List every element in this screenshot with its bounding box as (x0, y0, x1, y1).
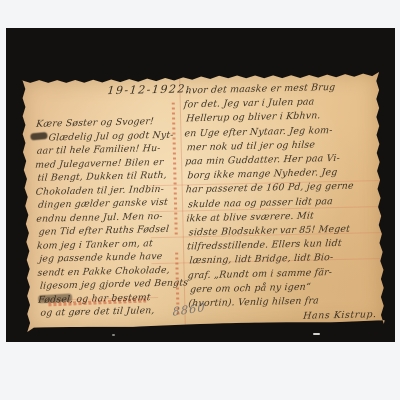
scan-speck (313, 333, 320, 335)
scanned-postcard-photo: 19-12-1922. Kære Søster og Svoger! Glæde… (0, 0, 400, 400)
message-left-column: Kære Søster og Svoger! Glædelig Jul og g… (34, 114, 185, 320)
handwriting-line: og at gøre det til Julen, (40, 303, 185, 320)
scan-speck (112, 334, 115, 336)
message-right-column: hvor det maaske er mest Brug for det. Je… (183, 80, 382, 327)
postcard-date: 19-12-1922. (107, 82, 191, 97)
postcard: 19-12-1922. Kære Søster og Svoger! Glæde… (21, 72, 385, 332)
